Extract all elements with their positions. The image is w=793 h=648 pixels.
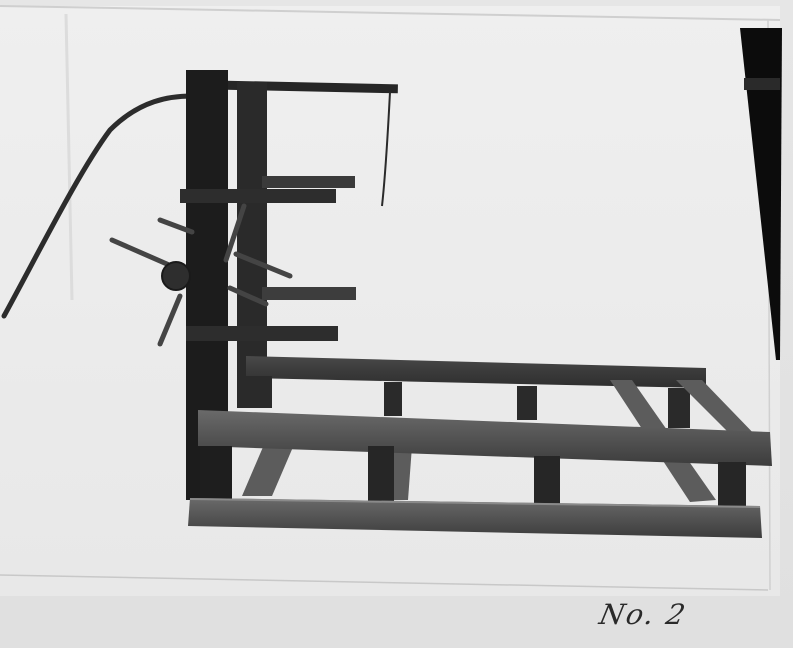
handwritten-caption: No. 2 — [596, 598, 689, 631]
photograph — [0, 0, 793, 648]
